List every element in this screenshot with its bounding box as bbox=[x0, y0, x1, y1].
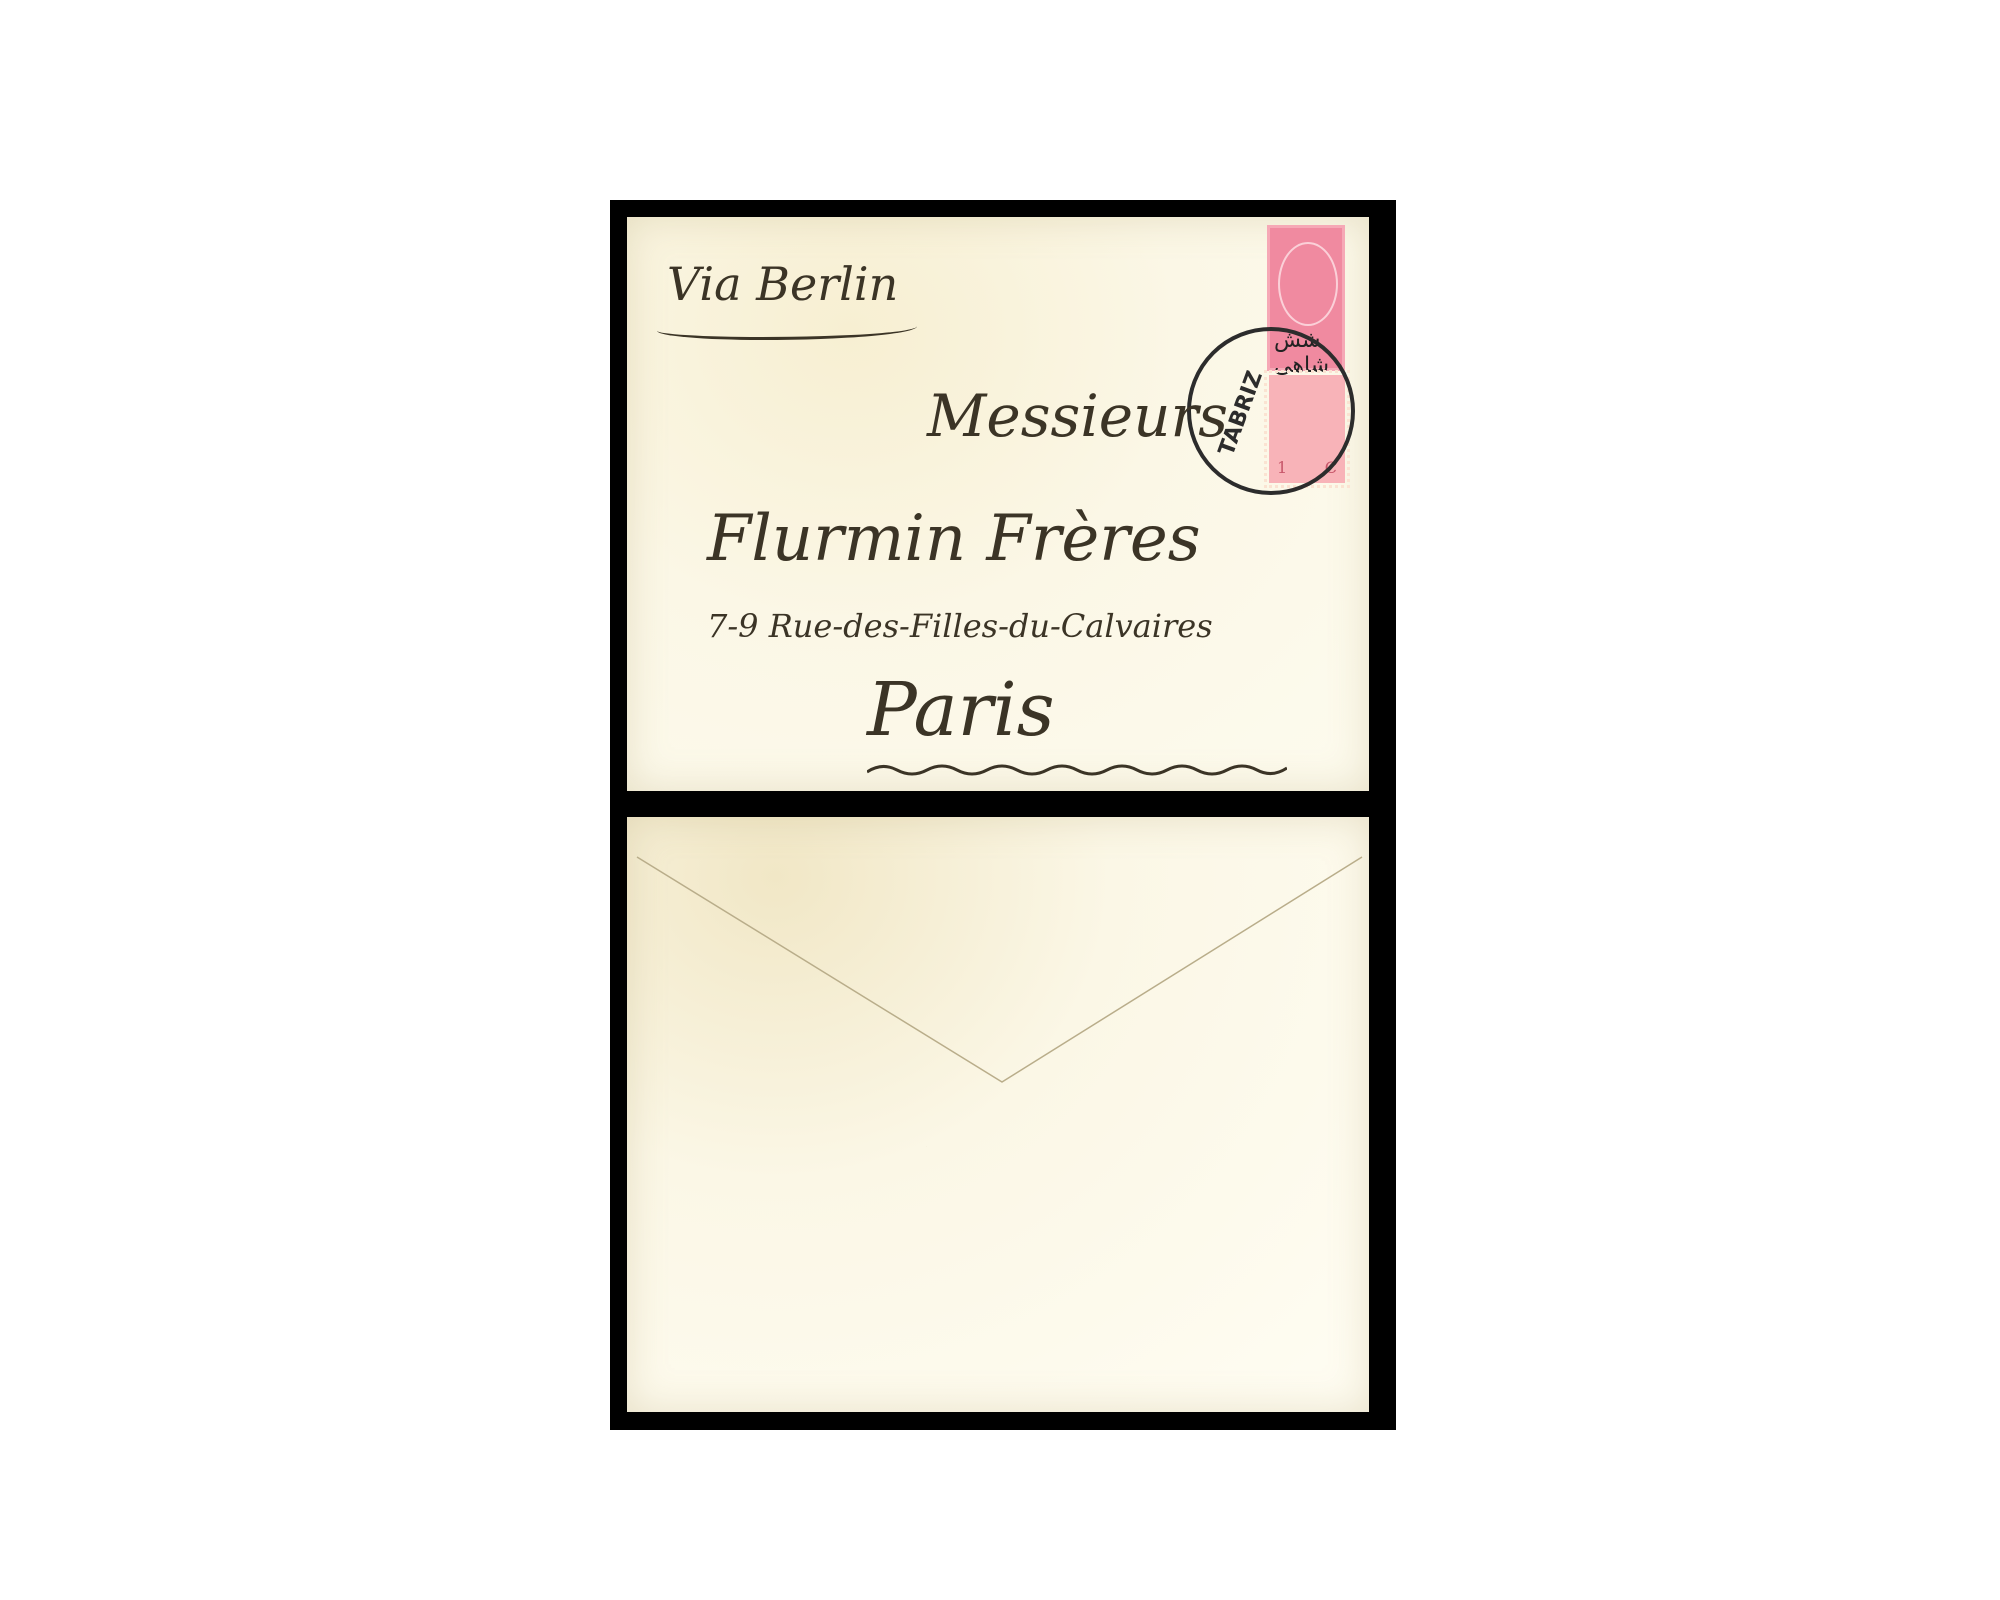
lion-sun-emblem-icon bbox=[1278, 242, 1338, 326]
street-address: 7-9 Rue-des-Filles-du-Calvaires bbox=[707, 607, 1213, 645]
routing-note: Via Berlin bbox=[667, 257, 898, 311]
wave-underline bbox=[867, 762, 1287, 778]
addressee: Flurmin Frères bbox=[707, 502, 1201, 576]
envelope-back bbox=[627, 817, 1369, 1412]
salutation: Messieurs bbox=[927, 382, 1228, 450]
envelope-front: Via Berlin شش شاهی 1 C TABRIZ Messieurs … bbox=[627, 217, 1369, 791]
envelope-flap bbox=[627, 817, 1369, 1147]
routing-underline bbox=[657, 317, 917, 340]
city: Paris bbox=[867, 667, 1055, 753]
image-frame: Via Berlin شش شاهی 1 C TABRIZ Messieurs … bbox=[610, 200, 1396, 1430]
